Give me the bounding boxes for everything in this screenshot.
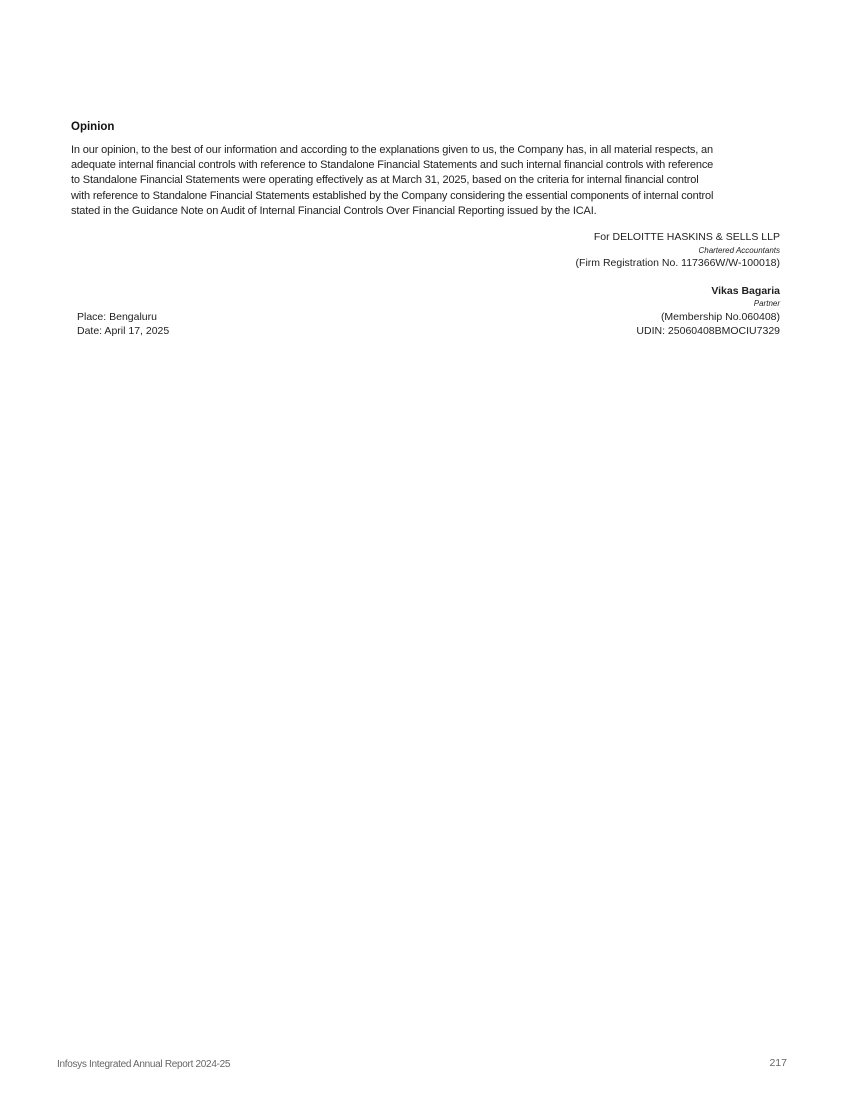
firm-designation: Chartered Accountants xyxy=(698,246,780,255)
paragraph-line: In our opinion, to the best of our infor… xyxy=(71,143,791,158)
footer-report-title: Infosys Integrated Annual Report 2024-25 xyxy=(57,1059,230,1070)
paragraph-line: to Standalone Financial Statements were … xyxy=(71,173,791,188)
signatory-role: Partner xyxy=(754,299,780,308)
place: Place: Bengaluru xyxy=(77,311,157,323)
firm-registration: (Firm Registration No. 117366W/W-100018) xyxy=(576,257,780,269)
date: Date: April 17, 2025 xyxy=(77,325,169,337)
page-number: 217 xyxy=(769,1057,787,1069)
paragraph-line: adequate internal financial controls wit… xyxy=(71,158,791,173)
paragraph-line: with reference to Standalone Financial S… xyxy=(71,189,791,204)
signatory-name: Vikas Bagaria xyxy=(711,285,780,297)
opinion-heading: Opinion xyxy=(71,121,114,133)
membership-number: (Membership No.060408) xyxy=(661,311,780,323)
firm-name: For DELOITTE HASKINS & SELLS LLP xyxy=(594,231,780,243)
udin: UDIN: 25060408BMOCIU7329 xyxy=(636,325,780,337)
paragraph-line: stated in the Guidance Note on Audit of … xyxy=(71,204,791,219)
opinion-paragraph: In our opinion, to the best of our infor… xyxy=(71,143,791,219)
